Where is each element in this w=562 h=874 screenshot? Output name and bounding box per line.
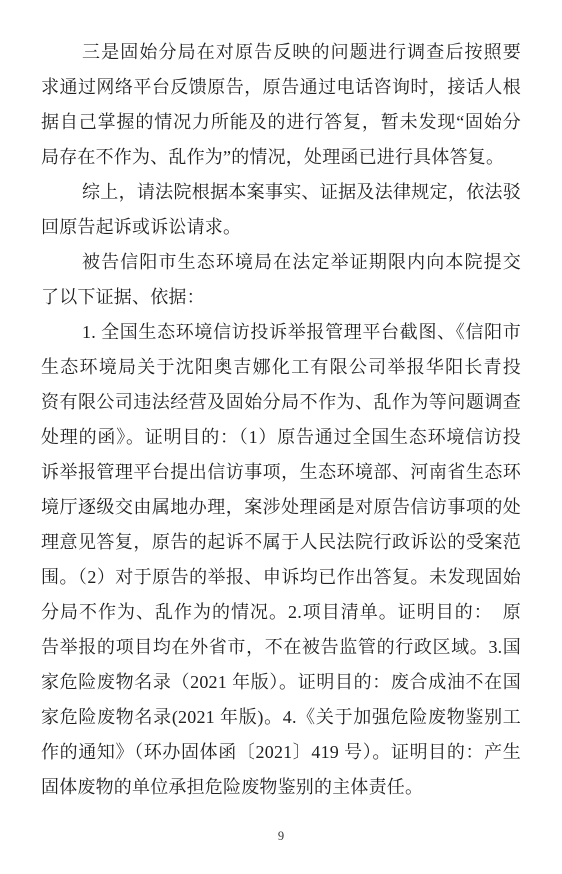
text-line: 告举报的项目均在外省市，不在被告监管的行政区域。3.国 — [41, 630, 521, 665]
text-line: 处理的函》。证明目的：（1）原告通过全国生态环境信访投 — [41, 420, 521, 455]
text-line: 理意见答复，原告的起诉不属于人民法院行政诉讼的受案范 — [41, 525, 521, 560]
text-line: 家危险废物名录(2021 年版)。4.《关于加强危险废物鉴别工 — [41, 700, 521, 735]
text-line: 作的通知》（环办固体函〔2021〕419 号）。证明目的：产生 — [41, 735, 521, 770]
text-line: 家危险废物名录（2021 年版）。证明目的：废合成油不在国 — [41, 665, 521, 700]
text-line: 生态环境局关于沈阳奥吉娜化工有限公司举报华阳长青投 — [41, 350, 521, 385]
text-line: 了以下证据、依据： — [41, 280, 521, 315]
text-line: 1. 全国生态环境信访投诉举报管理平台截图、《信阳市 — [41, 315, 521, 350]
text-line: 求通过网络平台反馈原告，原告通过电话咨询时，接话人根 — [41, 70, 521, 105]
text-line: 三是固始分局在对原告反映的问题进行调查后按照要 — [41, 35, 521, 70]
text-line: 固体废物的单位承担危险废物鉴别的主体责任。 — [41, 770, 521, 805]
text-line: 围。（2）对于原告的举报、申诉均已作出答复。未发现固始 — [41, 560, 521, 595]
page-number: 9 — [0, 829, 562, 844]
text-line: 分局不作为、乱作为的情况。2.项目清单。证明目的： 原 — [41, 595, 521, 630]
text-line: 回原告起诉或诉讼请求。 — [41, 210, 521, 245]
text-line: 资有限公司违法经营及固始分局不作为、乱作为等问题调查 — [41, 385, 521, 420]
document-page: 三是固始分局在对原告反映的问题进行调查后按照要 求通过网络平台反馈原告，原告通过… — [0, 0, 562, 874]
text-line: 诉举报管理平台提出信访事项，生态环境部、河南省生态环 — [41, 455, 521, 490]
body-text: 三是固始分局在对原告反映的问题进行调查后按照要 求通过网络平台反馈原告，原告通过… — [41, 35, 521, 805]
text-line: 境厅逐级交由属地办理，案涉处理函是对原告信访事项的处 — [41, 490, 521, 525]
text-line: 据自己掌握的情况力所能及的进行答复，暂未发现“固始分 — [41, 105, 521, 140]
text-line: 局存在不作为、乱作为”的情况，处理函已进行具体答复。 — [41, 140, 521, 175]
text-line: 被告信阳市生态环境局在法定举证期限内向本院提交 — [41, 245, 521, 280]
text-line: 综上，请法院根据本案事实、证据及法律规定，依法驳 — [41, 175, 521, 210]
